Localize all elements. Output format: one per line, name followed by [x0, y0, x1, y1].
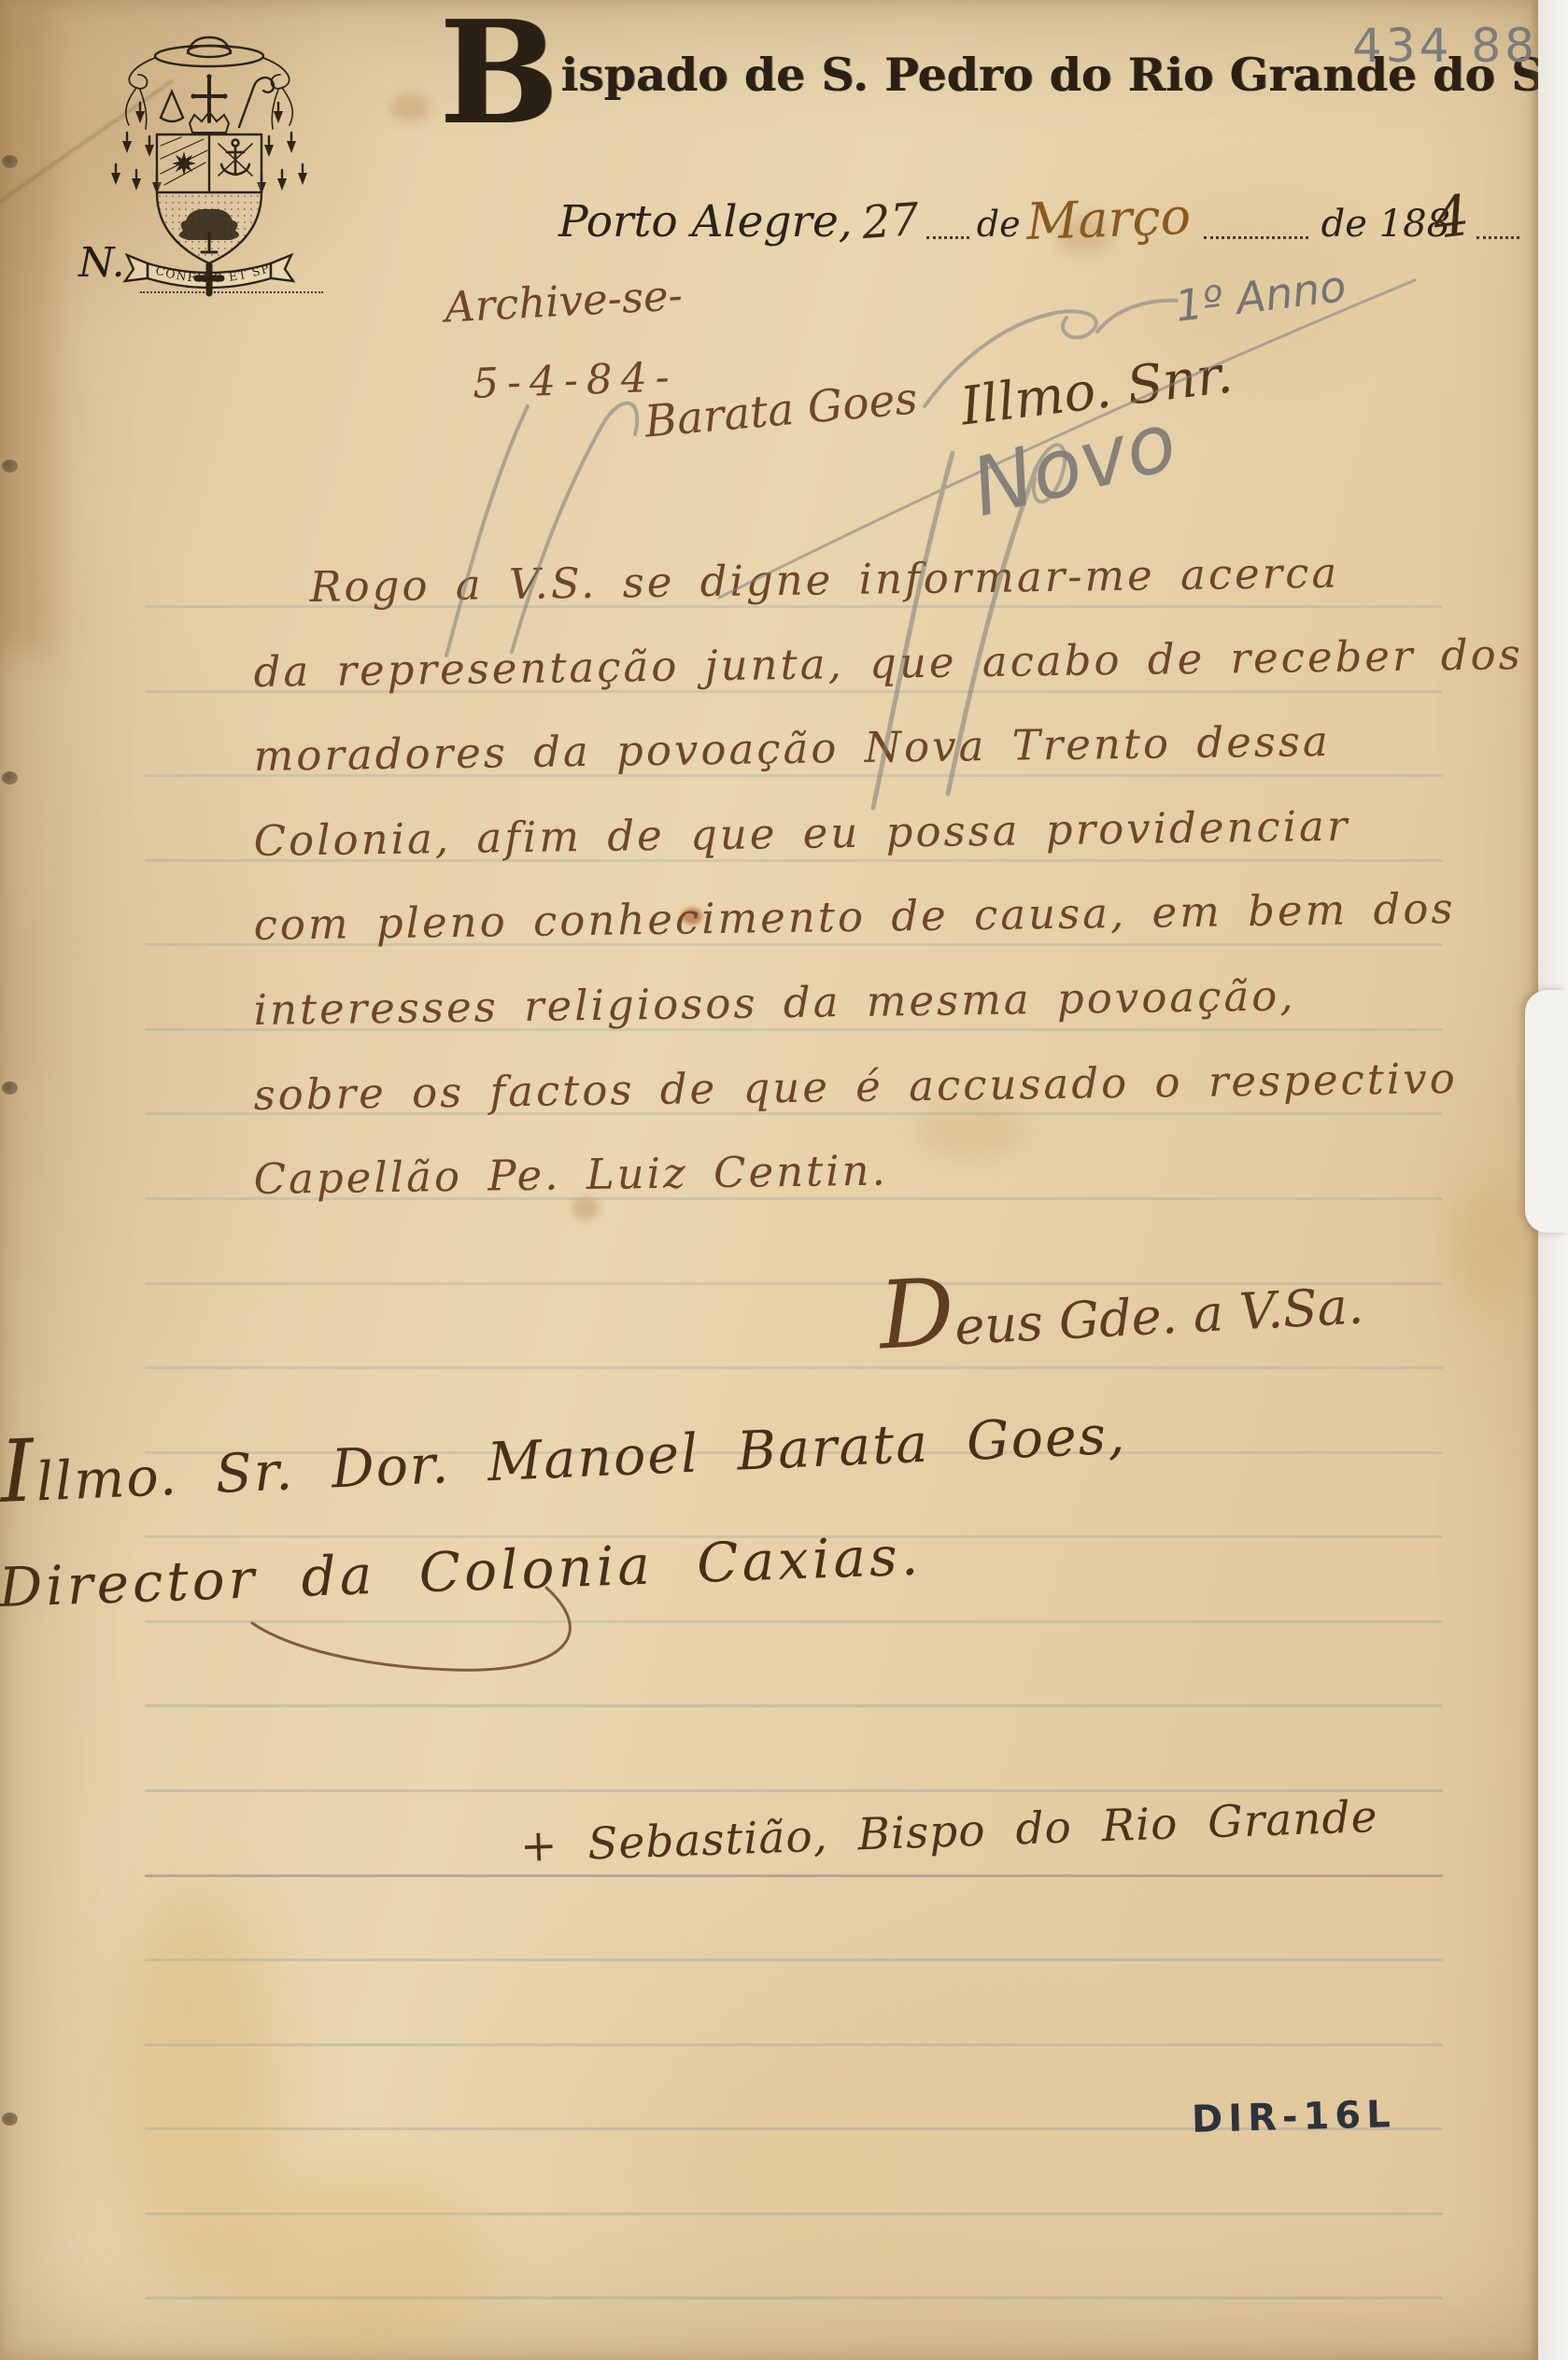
ruled-line [145, 1366, 1443, 1369]
star-icon [172, 151, 196, 176]
mitre-icon [161, 92, 183, 121]
number-dotted-line [140, 258, 323, 293]
punch-hole [2, 1081, 18, 1095]
ruled-line [145, 1789, 1443, 1792]
cross-icon [195, 78, 223, 121]
ruled-line [145, 2212, 1443, 2215]
stain [1453, 1186, 1519, 1307]
stain [572, 1197, 600, 1220]
stain [915, 1102, 1027, 1158]
punch-hole [2, 155, 18, 168]
ruled-line [145, 1704, 1443, 1707]
pencil-scribble [402, 233, 1448, 831]
document-page: CONFIDO ET SPERO Bispado de S. Pedro do … [0, 0, 1568, 2360]
body-text-line: com pleno conhecimento de causa, em bem … [253, 883, 1456, 950]
addressee-line1: Illmo. Sr. Dor. Manoel Barata Goes, [0, 1404, 1127, 1515]
ruled-line [145, 1874, 1443, 1877]
punch-hole [2, 459, 18, 473]
punch-hole [2, 2113, 18, 2126]
punch-hole [2, 771, 18, 784]
stain [112, 1887, 280, 2297]
valediction: Deus Gde. a V.Sa. [879, 1276, 1365, 1360]
dotted-line [1476, 236, 1519, 239]
signature-flourish [224, 1569, 616, 1700]
stain [390, 93, 430, 121]
stain [0, 0, 52, 654]
catalog-code: DIR-16L [1191, 2093, 1396, 2141]
archive-number-pencil: 434 884 [1352, 19, 1568, 73]
ruled-line [145, 1958, 1443, 1961]
body-text-line: sobre os factos de que é accusado o resp… [253, 1053, 1458, 1120]
crozier-icon [239, 78, 274, 127]
body-text-line: interesses religiosos da mesma povoação, [253, 970, 1296, 1035]
scan-backdrop-edge [1525, 990, 1568, 1233]
body-text-line: Capellão Pe. Luiz Centin. [253, 1146, 888, 1204]
stain [224, 2167, 486, 2360]
bishop-signature: + Sebastião, Bispo do Rio Grande [519, 1791, 1378, 1872]
ruled-line [145, 2043, 1443, 2046]
number-label: N. [78, 239, 125, 287]
ruled-line [145, 2296, 1443, 2299]
